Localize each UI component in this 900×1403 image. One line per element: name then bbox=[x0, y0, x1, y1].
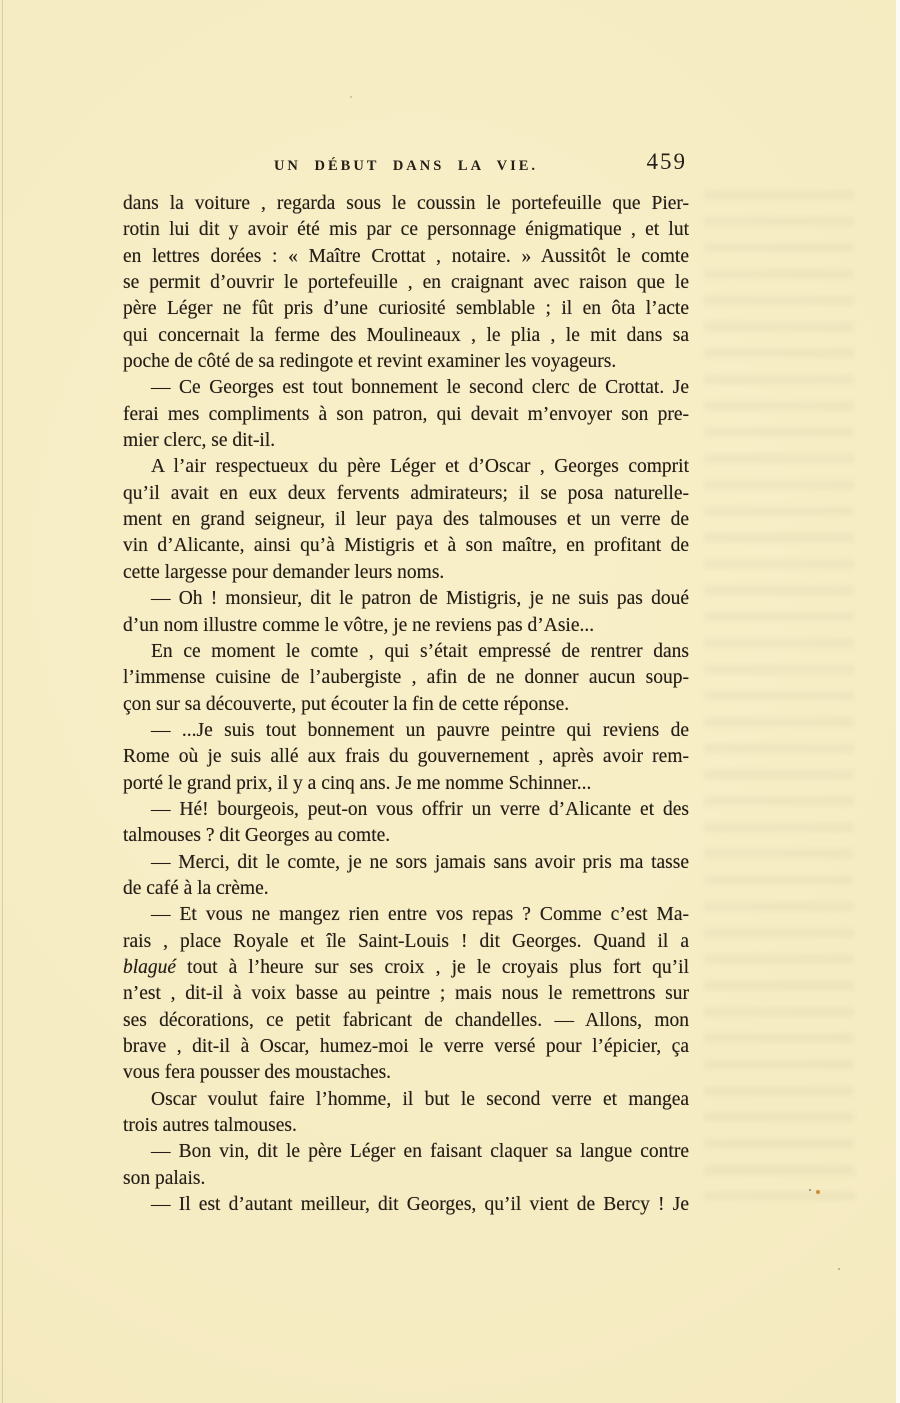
text-segment: ses décorations, ce petit fabricant de c… bbox=[123, 1010, 689, 1031]
text-line: cette largesse pour demander leurs noms. bbox=[123, 560, 689, 586]
text-line: qu’il avait en eux deux fervents admirat… bbox=[123, 481, 689, 507]
text-line: — Merci, dit le comte, je ne sors jamais… bbox=[123, 850, 689, 876]
text-segment: — ...Je suis tout bonnement un pauvre pe… bbox=[151, 720, 689, 741]
paper-edge-left bbox=[2, 0, 3, 1403]
running-title: UN DÉBUT DANS LA VIE. bbox=[123, 158, 689, 175]
text-line: rotin lui dit y avoir été mis par ce per… bbox=[123, 217, 689, 243]
text-segment: rotin lui dit y avoir été mis par ce per… bbox=[123, 219, 689, 240]
scanned-book-page: UN DÉBUT DANS LA VIE. 459 dans la voitur… bbox=[0, 0, 900, 1403]
text-line: d’un nom illustre comme le vôtre, je ne … bbox=[123, 613, 689, 639]
text-segment: brave , dit-il à Oscar, humez-moi le ver… bbox=[123, 1036, 689, 1057]
text-line: — Oh ! monsieur, dit le patron de Mistig… bbox=[123, 586, 689, 612]
text-segment: Rome où je suis allé aux frais du gouver… bbox=[123, 746, 689, 767]
text-line: dans la voiture , regarda sous le coussi… bbox=[123, 191, 689, 217]
text-line: ment en grand seigneur, il leur paya des… bbox=[123, 507, 689, 533]
text-line: blagué tout à l’heure sur ses croix , je… bbox=[123, 955, 689, 981]
text-line: père Léger ne fût pris d’une curiosité s… bbox=[123, 296, 689, 322]
text-segment: — Ce Georges est tout bonnement le secon… bbox=[151, 377, 689, 398]
text-segment: poche de côté de sa redingote et revint … bbox=[123, 351, 616, 372]
text-segment: dans la voiture , regarda sous le coussi… bbox=[123, 193, 689, 214]
text-segment: vin d’Alicante, ainsi qu’à Mistigris et … bbox=[123, 535, 689, 556]
text-segment: mier clerc, se dit-il. bbox=[123, 430, 275, 451]
text-line: — Ce Georges est tout bonnement le secon… bbox=[123, 375, 689, 401]
text-segment: — Merci, dit le comte, je ne sors jamais… bbox=[151, 852, 689, 873]
text-segment: — Hé! bourgeois, peut-on vous offrir un … bbox=[151, 799, 689, 820]
text-segment: trois autres talmouses. bbox=[123, 1115, 297, 1136]
text-line: en lettres dorées : « Maître Crottat , n… bbox=[123, 244, 689, 270]
text-segment: — Bon vin, dit le père Léger en faisant … bbox=[151, 1141, 689, 1162]
text-line: vin d’Alicante, ainsi qu’à Mistigris et … bbox=[123, 533, 689, 559]
text-line: n’est , dit-il à voix basse au peintre ;… bbox=[123, 981, 689, 1007]
text-line: A l’air respectueux du père Léger et d’O… bbox=[123, 454, 689, 480]
text-line: poche de côté de sa redingote et revint … bbox=[123, 349, 689, 375]
text-line: ses décorations, ce petit fabricant de c… bbox=[123, 1008, 689, 1034]
text-line: se permit d’ouvrir le portefeuille , en … bbox=[123, 270, 689, 296]
text-segment: n’est , dit-il à voix basse au peintre ;… bbox=[123, 983, 689, 1004]
text-segment: ment en grand seigneur, il leur paya des… bbox=[123, 509, 689, 530]
text-line: — Il est d’autant meilleur, dit Georges,… bbox=[123, 1192, 689, 1218]
page-body: dans la voiture , regarda sous le coussi… bbox=[123, 191, 689, 1218]
text-segment: d’un nom illustre comme le vôtre, je ne … bbox=[123, 615, 594, 636]
text-segment: qui concernait la ferme des Moulineaux ,… bbox=[123, 325, 689, 346]
text-line: trois autres talmouses. bbox=[123, 1113, 689, 1139]
text-line: talmouses ? dit Georges au comte. bbox=[123, 823, 689, 849]
running-header: UN DÉBUT DANS LA VIE. 459 bbox=[123, 156, 689, 178]
text-segment: — Oh ! monsieur, dit le patron de Mistig… bbox=[151, 588, 689, 609]
text-segment: cette largesse pour demander leurs noms. bbox=[123, 562, 444, 583]
text-line: ferai mes compliments à son patron, qui … bbox=[123, 402, 689, 428]
text-line: çon sur sa découverte, put écouter la fi… bbox=[123, 692, 689, 718]
text-segment: Oscar voulut faire l’homme, il but le se… bbox=[151, 1089, 689, 1110]
text-segment: en lettres dorées : « Maître Crottat , n… bbox=[123, 246, 689, 267]
text-line: qui concernait la ferme des Moulineaux ,… bbox=[123, 323, 689, 349]
text-line: En ce moment le comte , qui s’était empr… bbox=[123, 639, 689, 665]
text-line: porté le grand prix, il y a cinq ans. Je… bbox=[123, 771, 689, 797]
text-segment: son palais. bbox=[123, 1168, 205, 1189]
italic-text-segment: blagué bbox=[123, 957, 176, 978]
text-line: — Et vous ne mangez rien entre vos repas… bbox=[123, 902, 689, 928]
text-segment: A l’air respectueux du père Léger et d’O… bbox=[151, 456, 689, 477]
text-segment: vous fera pousser des moustaches. bbox=[123, 1062, 391, 1083]
text-line: l’immense cuisine de l’aubergiste , afin… bbox=[123, 665, 689, 691]
text-segment: tout à l’heure sur ses croix , je le cro… bbox=[176, 957, 689, 978]
text-segment: père Léger ne fût pris d’une curiosité s… bbox=[123, 298, 689, 319]
text-line: — Bon vin, dit le père Léger en faisant … bbox=[123, 1139, 689, 1165]
text-segment: çon sur sa découverte, put écouter la fi… bbox=[123, 694, 569, 715]
text-line: — Hé! bourgeois, peut-on vous offrir un … bbox=[123, 797, 689, 823]
text-line: — ...Je suis tout bonnement un pauvre pe… bbox=[123, 718, 689, 744]
text-segment: de café à la crème. bbox=[123, 878, 269, 899]
text-line: Rome où je suis allé aux frais du gouver… bbox=[123, 744, 689, 770]
page-number: 459 bbox=[647, 149, 688, 175]
text-line: Oscar voulut faire l’homme, il but le se… bbox=[123, 1087, 689, 1113]
text-line: brave , dit-il à Oscar, humez-moi le ver… bbox=[123, 1034, 689, 1060]
text-segment: l’immense cuisine de l’aubergiste , afin… bbox=[123, 667, 689, 688]
text-segment: En ce moment le comte , qui s’était empr… bbox=[151, 641, 689, 662]
text-line: son palais. bbox=[123, 1166, 689, 1192]
text-segment: — Et vous ne mangez rien entre vos repas… bbox=[151, 904, 689, 925]
text-line: vous fera pousser des moustaches. bbox=[123, 1060, 689, 1086]
text-segment: se permit d’ouvrir le portefeuille , en … bbox=[123, 272, 689, 293]
text-line: de café à la crème. bbox=[123, 876, 689, 902]
text-line: mier clerc, se dit-il. bbox=[123, 428, 689, 454]
scan-edge-right bbox=[896, 0, 900, 1403]
text-segment: porté le grand prix, il y a cinq ans. Je… bbox=[123, 773, 591, 794]
text-block: UN DÉBUT DANS LA VIE. 459 dans la voitur… bbox=[123, 156, 689, 1218]
text-segment: qu’il avait en eux deux fervents admirat… bbox=[123, 483, 689, 504]
text-segment: talmouses ? dit Georges au comte. bbox=[123, 825, 390, 846]
text-segment: rais , place Royale et île Saint-Louis !… bbox=[123, 931, 689, 952]
text-line: rais , place Royale et île Saint-Louis !… bbox=[123, 929, 689, 955]
text-segment: ferai mes compliments à son patron, qui … bbox=[123, 404, 689, 425]
text-segment: — Il est d’autant meilleur, dit Georges,… bbox=[151, 1194, 689, 1215]
